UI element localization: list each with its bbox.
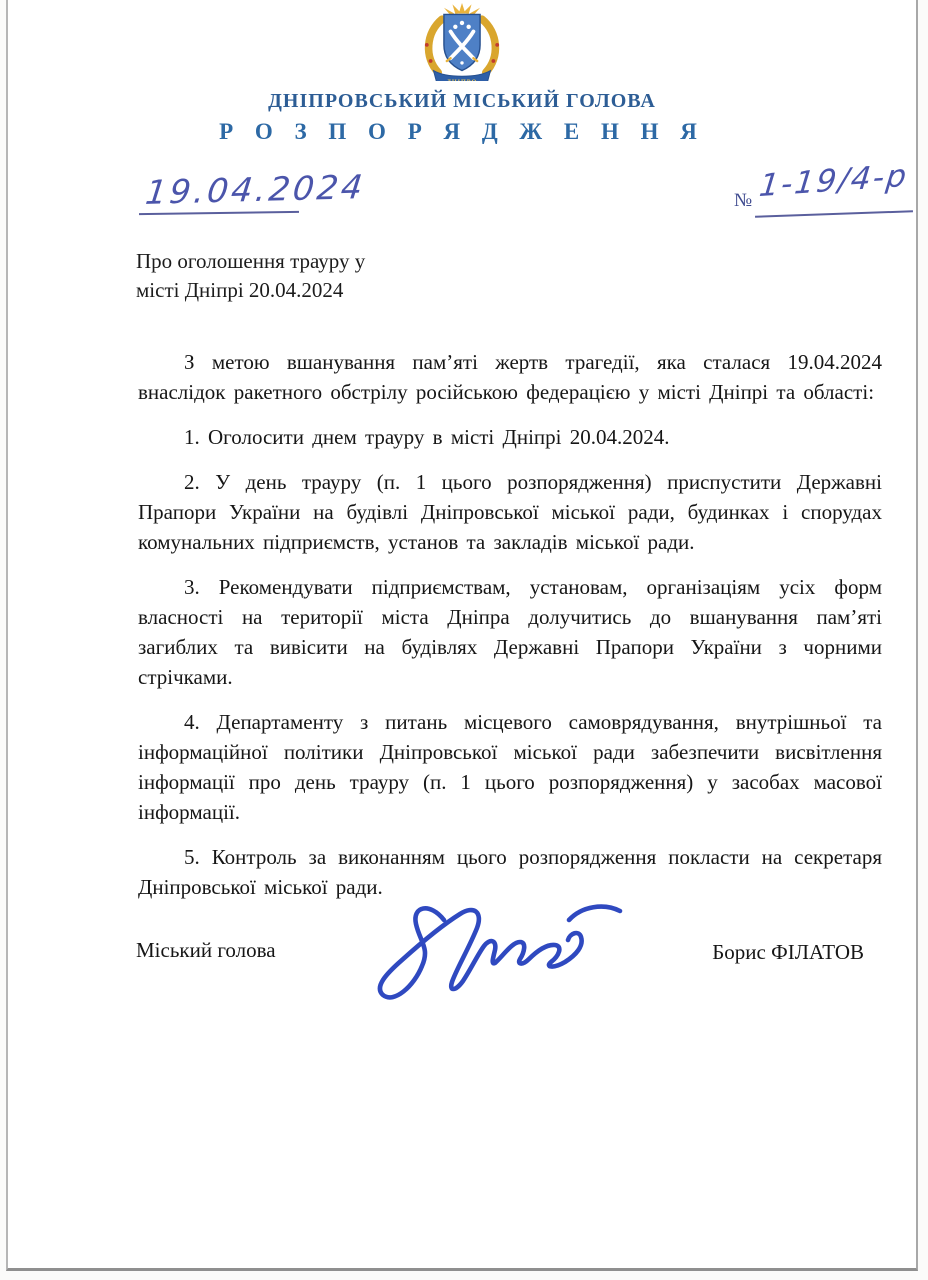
date-underline [139, 211, 299, 215]
number-sign: № [734, 190, 752, 212]
subject-line-2: місті Дніпрі 20.04.2024 [136, 276, 476, 305]
emblem-rays [444, 3, 480, 15]
signoff-position: Міський голова [136, 938, 276, 963]
subject-block: Про оголошення трауру у місті Дніпрі 20.… [136, 247, 476, 305]
item-5-paragraph: 5. Контроль за виконанням цього розпоряд… [138, 842, 882, 902]
intro-paragraph: З метою вшанування пам’яті жертв трагеді… [138, 347, 882, 407]
handwritten-number: 1-19/4-р [757, 158, 910, 204]
document-type-title: Р О З П О Р Я Д Ж Е Н Н Я [8, 119, 916, 145]
item-1-paragraph: 1. Оголосити днем трауру в місті Дніпрі … [138, 422, 882, 452]
handwritten-date: 19.04.2024 [143, 167, 367, 212]
subject-line-1: Про оголошення трауру у [136, 247, 476, 276]
number-underline [755, 210, 913, 218]
item-4-paragraph: 4. Департаменту з питань місцевого самов… [138, 707, 882, 827]
mayor-signature [366, 898, 658, 1013]
item-2-paragraph: 2. У день трауру (п. 1 цього розпоряджен… [138, 467, 882, 557]
institution-title: ДНІПРОВСЬКИЙ МІСЬКИЙ ГОЛОВА [8, 90, 916, 113]
city-coat-of-arms-icon: ДНІПРО [414, 3, 510, 81]
signoff-name: Борис ФІЛАТОВ [712, 940, 864, 965]
scanned-document-page: ДНІПРО ДНІПРОВСЬКИЙ МІСЬКИЙ ГОЛОВА Р О З… [6, 0, 918, 1271]
item-3-paragraph: 3. Рекомендувати підприємствам, установа… [138, 572, 882, 692]
emblem-ribbon-text: ДНІПРО [447, 78, 478, 81]
document-body: З метою вшанування пам’яті жертв трагеді… [138, 347, 882, 917]
